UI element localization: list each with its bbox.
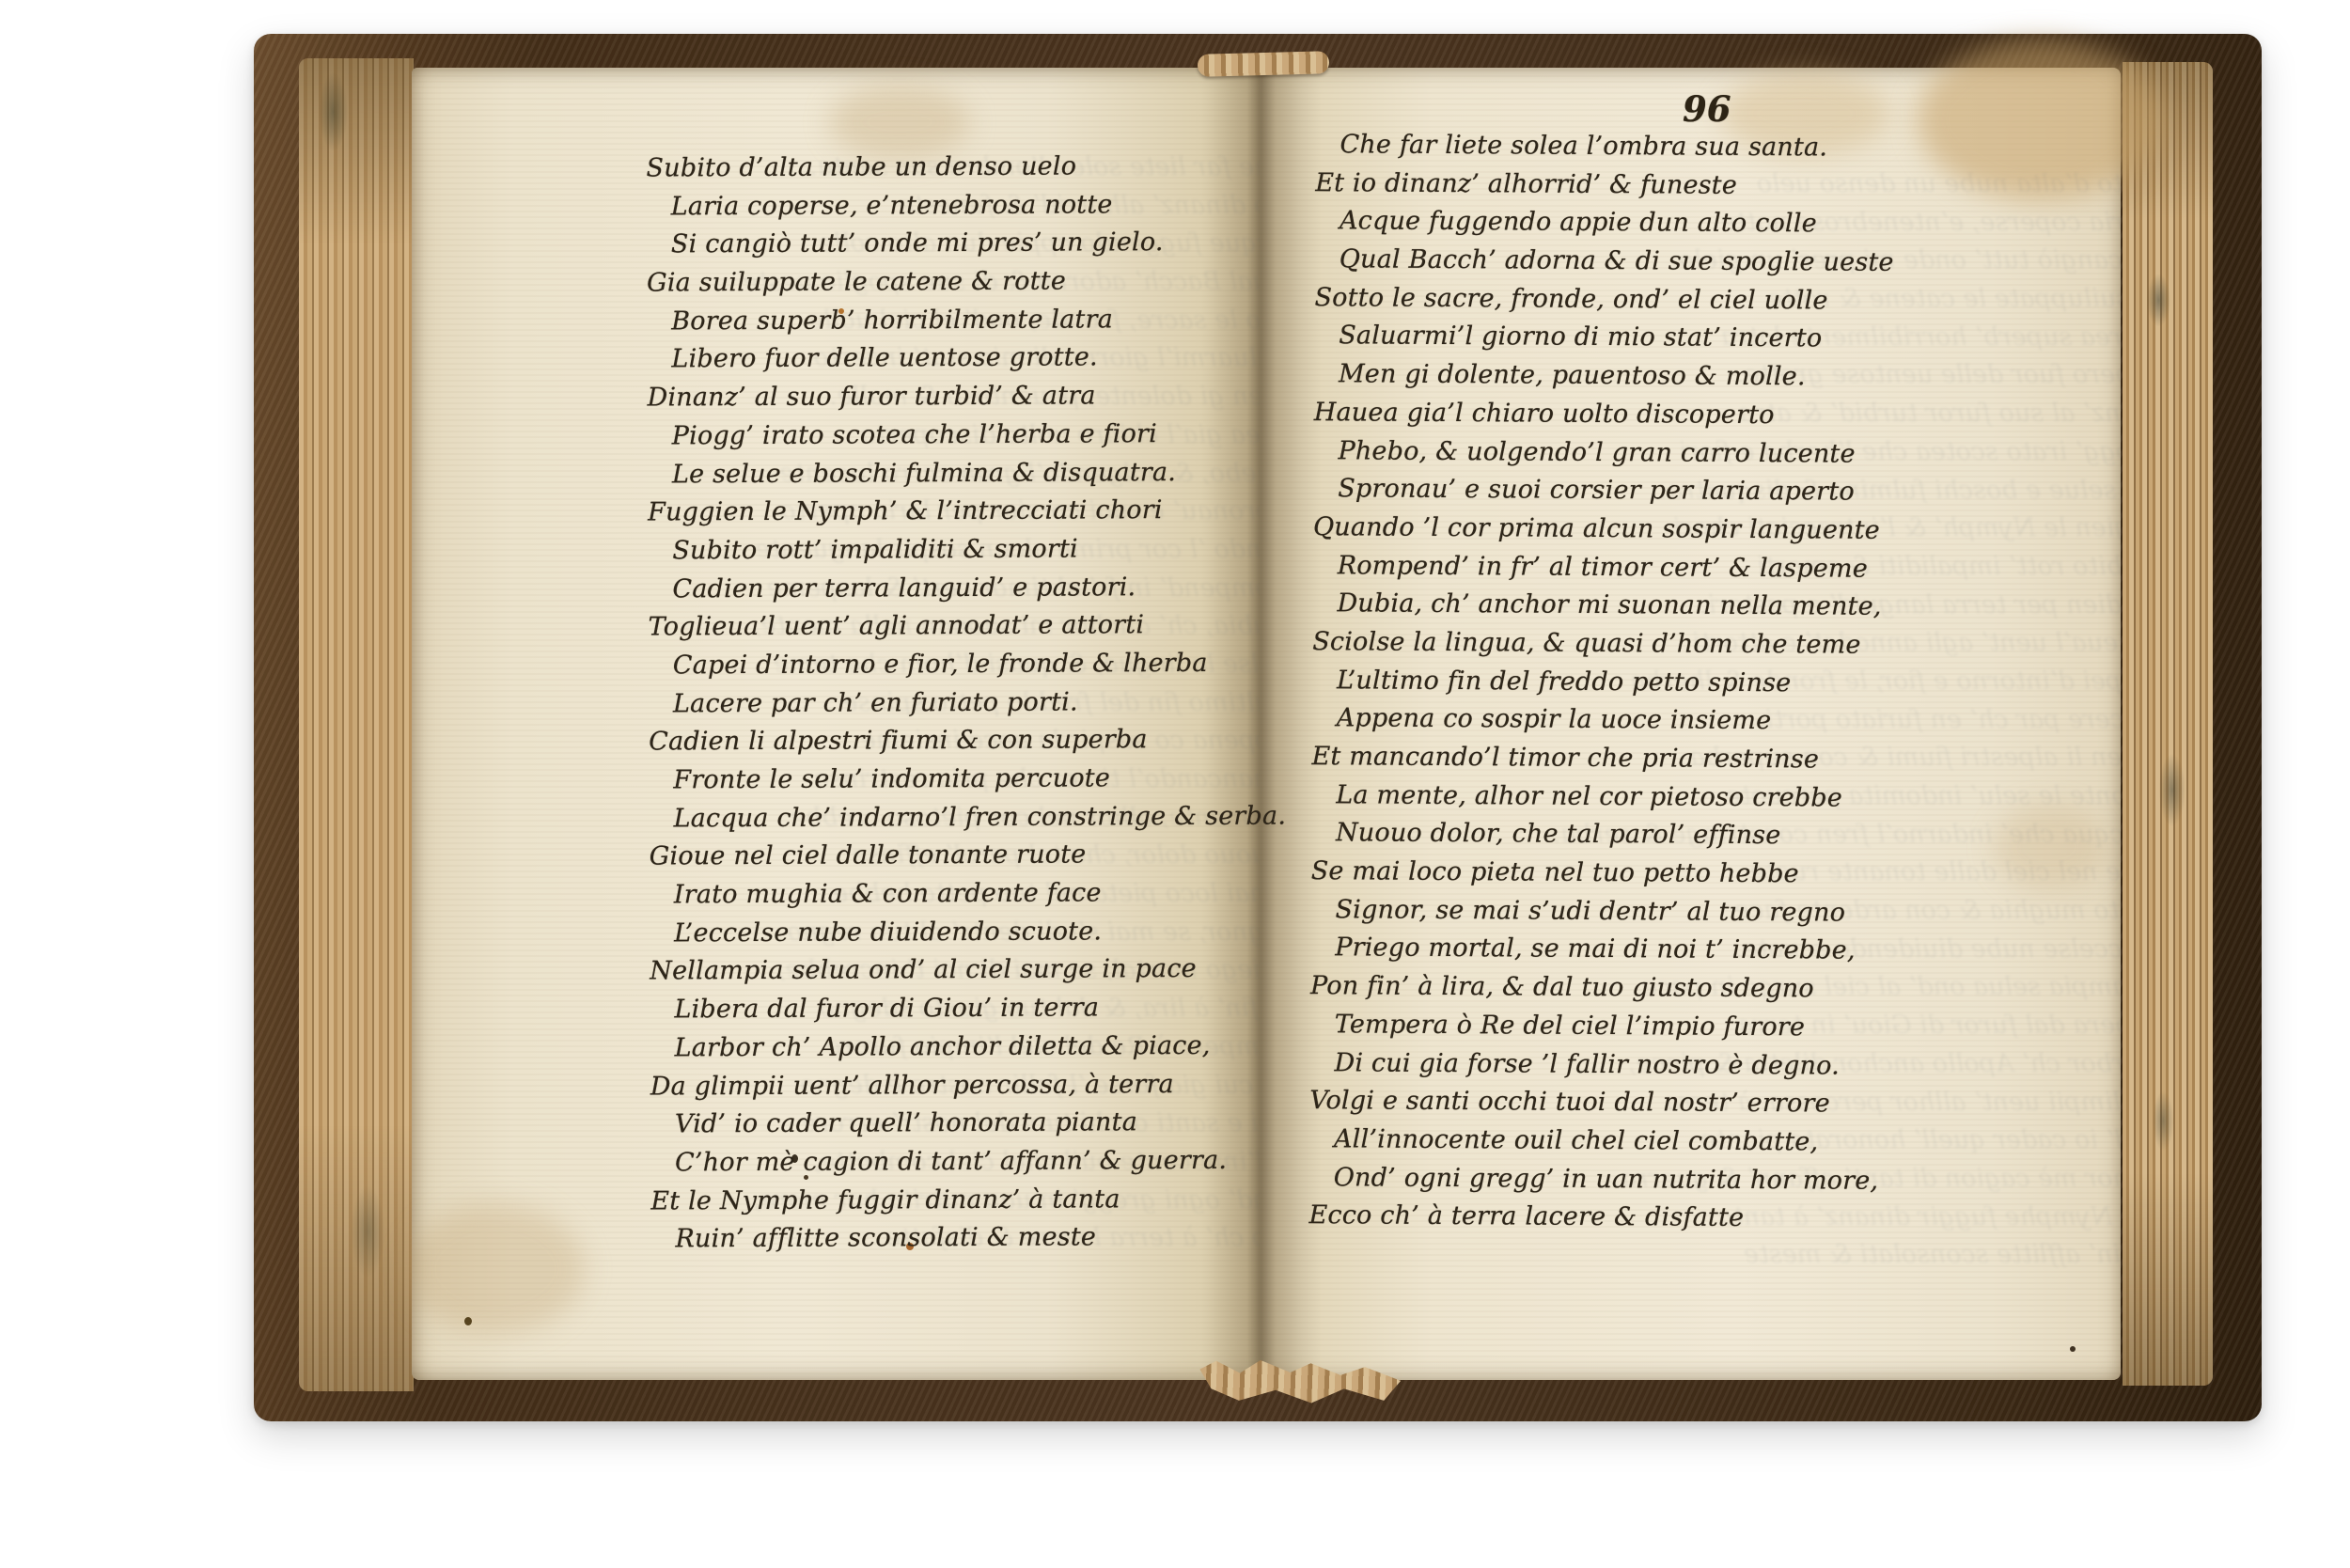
- verse-line: Acque fuggendo appie dun alto colle: [1315, 203, 1894, 244]
- verse-line: Priego mortal, se mai di noi t’ increbbe…: [1310, 930, 1889, 971]
- right-page-text: Che far liete solea l’ombra sua santa.Et…: [1308, 126, 1894, 1239]
- verse-line: Men gi dolente, pauentoso & molle.: [1314, 355, 1893, 397]
- verse-line: Fronte le selu’ indomita percuote: [649, 760, 1286, 801]
- verse-line: L’eccelse nube diuidendo scuote.: [650, 912, 1287, 953]
- verse-line: Cadien li alpestri fiumi & con superba: [649, 721, 1286, 762]
- verse-line: Toglieua’l uent’ agli annodat’ e attorti: [649, 606, 1286, 648]
- verse-line: Le selue e boschi fulmina & disquatra.: [648, 453, 1285, 494]
- verse-line: Appena co sospir la uoce insieme: [1312, 699, 1891, 741]
- verse-line: La mente, alhor nel cor pietoso crebbe: [1311, 776, 1890, 818]
- verse-line: Libero fuor delle uentose grotte.: [647, 338, 1284, 380]
- verse-line: Se mai loco pieta nel tuo petto hebbe: [1311, 853, 1890, 894]
- verse-line: Et le Nymphe fuggir dinanz’ à tanta: [650, 1180, 1288, 1221]
- verse-line: Fuggien le Nymph’ & l’intrecciati chori: [648, 492, 1285, 533]
- verse-line: Piogg’ irato scotea che l’herba e fiori: [648, 415, 1285, 456]
- verse-line: Subito d’alta nube un denso uelo: [646, 148, 1283, 189]
- verse-line: All’innocente ouil chel ciel combatte,: [1309, 1121, 1888, 1162]
- verse-line: Sotto le sacre, fronde, ond’ el ciel uol…: [1314, 279, 1893, 321]
- verse-line: Signor, se mai s’udi dentr’ al tuo regno: [1310, 891, 1889, 933]
- verse-line: Et io dinanz’ alhorrid’ & funeste: [1315, 165, 1894, 206]
- verse-line: Cadien per terra languid’ e pastori.: [648, 568, 1285, 609]
- verse-line: Gioue nel ciel dalle tonante ruote: [650, 836, 1287, 877]
- verse-line: Lacere par ch’ en furiato porti.: [649, 682, 1286, 724]
- verse-line: Di cui gia forse ’l fallir nostro è degn…: [1309, 1044, 1888, 1086]
- verse-line: Hauea gia’l chiaro uolto discoperto: [1314, 394, 1893, 435]
- verse-line: Subito rott’ impaliditi & smorti: [648, 529, 1285, 571]
- verse-line: Nuouo dolor, che tal parol’ effinse: [1311, 814, 1890, 855]
- verse-line: Dubia, ch’ anchor mi suonan nella mente,: [1312, 585, 1891, 626]
- verse-line: Ecco ch’ à terra lacere & disfatte: [1308, 1197, 1888, 1238]
- verse-line: L’ultimo fin del freddo petto spinse: [1312, 662, 1891, 703]
- headband-top: [1198, 51, 1330, 77]
- verse-line: Larbor ch’ Apollo anchor diletta & piace…: [650, 1027, 1288, 1068]
- verse-line: Gia suiluppate le catene & rotte: [647, 262, 1284, 304]
- verse-line: Pon fin’ à lira, & dal tuo giusto sdegno: [1310, 967, 1889, 1009]
- verse-line: Libera dal furor di Giou’ in terra: [650, 989, 1287, 1030]
- page-number: 96: [1683, 88, 1731, 130]
- verse-line: Volgi e santi occhi tuoi dal nostr’ erro…: [1309, 1082, 1888, 1123]
- verse-line: Quando ’l cor prima alcun sospir languen…: [1313, 509, 1892, 550]
- verse-line: Ruin’ afflitte sconsolati & meste: [650, 1218, 1288, 1260]
- verse-line: Capei d’intorno e fior, le fronde & lher…: [649, 644, 1286, 685]
- verse-line: Sciolse la lingua, & quasi d’hom che tem…: [1312, 623, 1891, 665]
- verse-line: Da glimpii uent’ allhor percossa, à terr…: [650, 1065, 1288, 1106]
- verse-line: Si cangiò tutt’ onde mi pres’ un gielo.: [647, 224, 1284, 265]
- verse-line: Et mancando’l timor che pria restrinse: [1311, 738, 1890, 779]
- verse-line: Phebo, & uolgendo’l gran carro lucente: [1313, 432, 1892, 474]
- verse-line: Laria coperse, e’ntenebrosa notte: [647, 185, 1284, 227]
- verse-line: Irato mughia & con ardente face: [650, 874, 1287, 916]
- verse-line: Tempera ò Re del ciel l’impio furore: [1310, 1006, 1889, 1047]
- verse-line: Borea superb’ horribilmente latra: [647, 300, 1284, 341]
- verse-line: Dinanz’ al suo furor turbid’ & atra: [647, 377, 1284, 418]
- verse-line: Vid’ io cader quell’ honorata pianta: [650, 1104, 1288, 1145]
- verse-line: Rompend’ in fr’ al timor cert’ & laspeme: [1313, 547, 1892, 588]
- verse-line: Spronau’ e suoi corsier per laria aperto: [1313, 470, 1892, 511]
- left-page-text: Subito d’alta nube un denso ueloLaria co…: [646, 148, 1288, 1260]
- verse-line: Nellampia selua ond’ al ciel surge in pa…: [650, 950, 1287, 992]
- verse-line: Lacqua che’ indarno’l fren constringe & …: [649, 797, 1286, 839]
- verse-line: Ond’ ogni gregg’ in uan nutrita hor more…: [1309, 1159, 1888, 1200]
- verse-line: C’hor mè cagion di tant’ affann’ & guerr…: [650, 1141, 1288, 1183]
- verse-line: Qual Bacch’ adorna & di sue spoglie uest…: [1315, 241, 1894, 282]
- photo-background: Che far liete solea l’ombra sua santa.Et…: [0, 0, 2350, 1568]
- verse-line: Che far liete solea l’ombra sua santa.: [1315, 126, 1894, 167]
- open-book: Che far liete solea l’ombra sua santa.Et…: [254, 34, 2262, 1421]
- verse-line: Saluarmi’l giorno di mio stat’ incerto: [1314, 318, 1893, 359]
